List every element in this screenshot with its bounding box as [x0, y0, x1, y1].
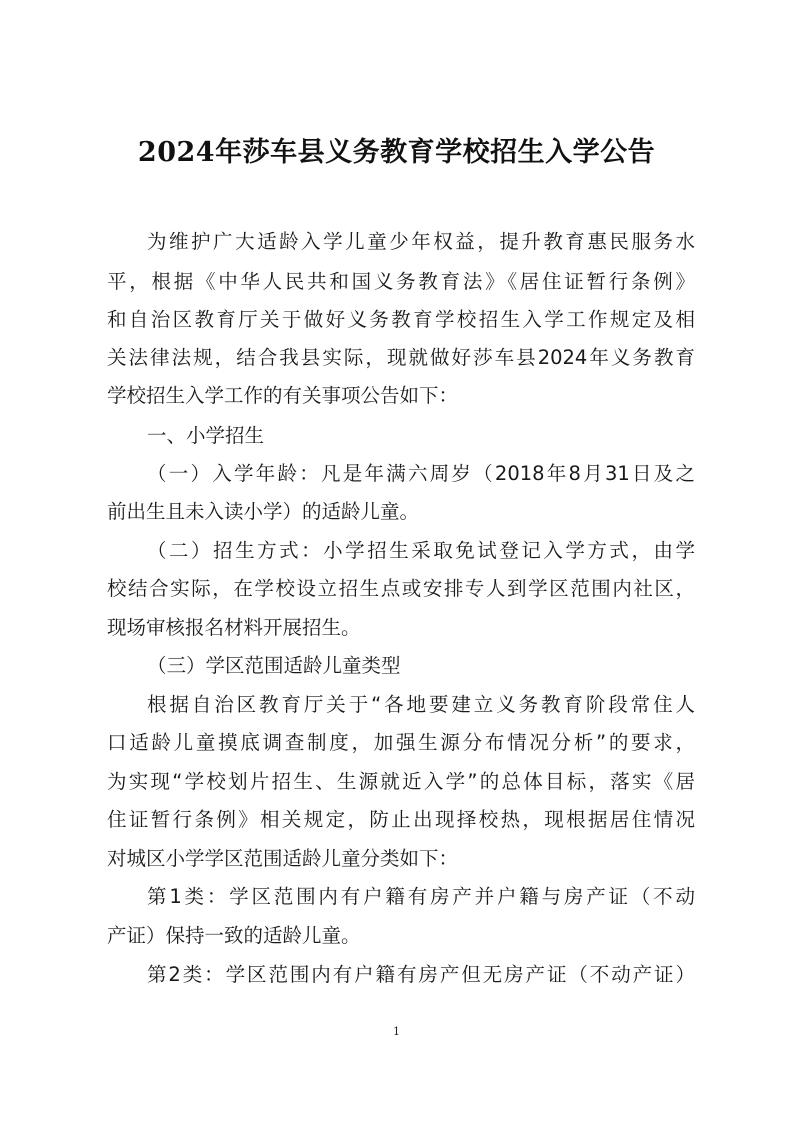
paragraph-line: 为实现“学校划片招生、生源就近入学”的总体目标，落实《居 — [107, 767, 695, 797]
paragraph-line: 平，根据《中华人民共和国义务教育法》《居住证暂行条例》 — [107, 267, 695, 297]
paragraph-line: 第2类：学区范围内有户籍有房产但无房产证（不动产证） — [147, 960, 695, 990]
paragraph-line: 和自治区教育厅关于做好义务教育学校招生入学工作规定及相 — [107, 305, 695, 335]
paragraph-line: 住证暂行条例》相关规定，防止出现择校热，现根据居住情况 — [107, 805, 695, 835]
paragraph-line: 根据自治区教育厅关于“各地要建立义务教育阶段常住人 — [147, 690, 695, 720]
paragraph-line: 第1类：学区范围内有户籍有房产并户籍与房产证（不动 — [147, 882, 695, 912]
paragraph-line: 现场审核报名材料开展招生。 — [107, 613, 695, 643]
paragraph-line: 学校招生入学工作的有关事项公告如下： — [107, 381, 695, 411]
paragraph-line: 为维护广大适龄入学儿童少年权益，提升教育惠民服务水 — [147, 227, 695, 257]
paragraph-line: 校结合实际，在学校设立招生点或安排专人到学区范围内社区， — [107, 574, 695, 604]
paragraph-line: 口适龄儿童摸底调查制度，加强生源分布情况分析”的要求， — [107, 728, 695, 758]
page-number: 1 — [0, 1024, 793, 1040]
document-page: 2024年莎车县义务教育学校招生入学公告 为维护广大适龄入学儿童少年权益，提升教… — [0, 0, 793, 1122]
document-title: 2024年莎车县义务教育学校招生入学公告 — [0, 133, 793, 173]
subsection-heading: （三）学区范围适龄儿童类型 — [147, 651, 695, 681]
paragraph-line: 产证）保持一致的适龄儿童。 — [107, 921, 695, 951]
paragraph-line: 前出生且未入读小学）的适龄儿童。 — [107, 497, 695, 527]
paragraph-line: 关法律法规，结合我县实际，现就做好莎车县2024年义务教育 — [107, 343, 695, 373]
paragraph-line: （一）入学年龄：凡是年满六周岁（2018年8月31日及之 — [147, 459, 695, 489]
paragraph-line: （二）招生方式：小学招生采取免试登记入学方式，由学 — [147, 536, 695, 566]
paragraph-line: 对城区小学学区范围适龄儿童分类如下： — [107, 844, 695, 874]
section-heading: 一、小学招生 — [147, 421, 695, 451]
